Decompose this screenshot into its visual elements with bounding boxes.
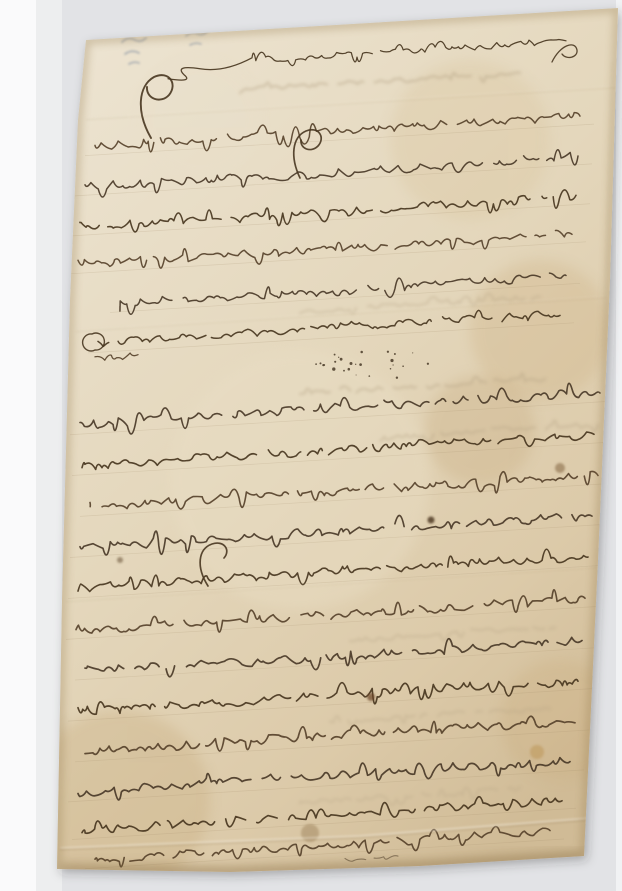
background-left-fade [36, 0, 62, 891]
ink-spatter-dot [332, 367, 335, 370]
ink-spatter-dot [322, 364, 324, 366]
ink-spatter-dot [393, 364, 394, 365]
ink-spatter-dot [412, 352, 413, 353]
manuscript-photo [0, 0, 622, 891]
ink-spatter-dot [343, 370, 345, 372]
ink-spatter-dot [390, 368, 392, 370]
paper-stain-blot [367, 693, 375, 701]
ink-spatter-dot [396, 377, 398, 379]
ink-spatter-dot [338, 357, 339, 358]
background-right-strip [616, 0, 622, 891]
ink-spatter-dot [340, 358, 343, 361]
ink-spatter-dot [348, 368, 351, 371]
ink-spatter-dot [356, 374, 357, 375]
ink-spatter-dot [427, 363, 429, 365]
paper-stain-soft [140, 60, 260, 180]
ink-spatter-dot [334, 361, 336, 363]
ink-spatter-dot [360, 351, 363, 354]
ink-spatter-dot [368, 375, 370, 377]
ink-spatter-dot [315, 363, 317, 365]
paper-stain-blot [117, 557, 123, 563]
background-left-strip [0, 0, 36, 891]
ink-spatter-dot [394, 353, 396, 355]
manuscript-scene-svg [0, 0, 622, 891]
paper-stain-soft [390, 60, 550, 220]
ink-spatter-dot [319, 362, 321, 364]
ink-spatter-dot [334, 354, 336, 356]
ink-spatter-dot [350, 362, 353, 365]
ink-spatter-dot [402, 365, 404, 367]
paper-stain-soft [170, 350, 430, 610]
ink-spatter-dot [355, 364, 356, 365]
paper-stain-blot [555, 463, 565, 473]
ink-spatter-dot [387, 351, 389, 353]
paper-stain-blot [530, 745, 544, 759]
ink-spatter-dot [390, 359, 393, 362]
ink-spatter-dot [359, 363, 362, 366]
paper-stain-blot [428, 517, 435, 524]
